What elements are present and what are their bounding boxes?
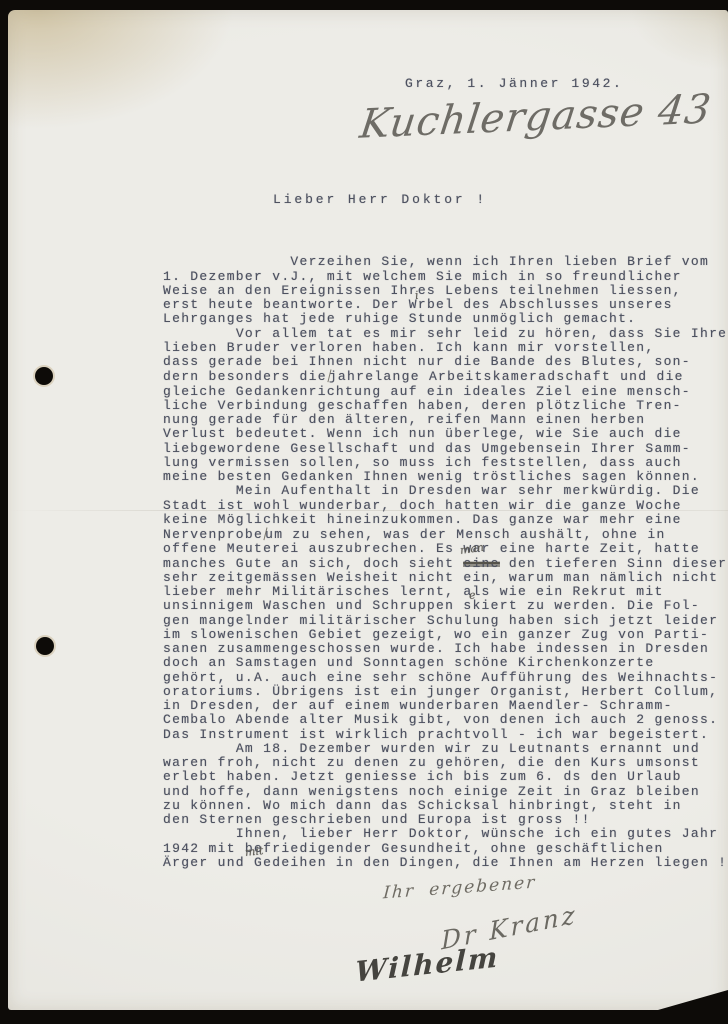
- letter-paper: Graz, 1. Jänner 1942. Kuchlergasse 43 Li…: [8, 10, 728, 1010]
- handwritten-insertion-i: i: [414, 290, 415, 301]
- punch-hole-top: [35, 367, 53, 385]
- handwritten-address: Kuchlergasse 43: [357, 86, 714, 148]
- punch-hole-bottom: [36, 637, 54, 655]
- body-text-segment: Gedeihen in den Dingen, die Ihnen am Her…: [245, 855, 727, 870]
- letter-body: Verzeihen Sie, wenn ich Ihren lieben Bri…: [163, 241, 728, 884]
- scan-background: Graz, 1. Jänner 1942. Kuchlergasse 43 Li…: [0, 0, 728, 1024]
- handwritten-insertion-e: e: [469, 590, 470, 601]
- salutation: Lieber Herr Doktor !: [273, 192, 487, 207]
- body-text-segment: kiert zu werden. Die Fol- gen mangelnder…: [163, 598, 718, 741]
- handwritten-insertion-mit: mit: [244, 847, 245, 858]
- signature-name: Wilhelm: [355, 940, 500, 988]
- body-text-segment: Am 18. Dezember wurden wir zu Leutnants …: [163, 741, 700, 827]
- paper-corner-cut: [658, 990, 728, 1010]
- body-text-segment: jahrelange Arbeitskameradschaft und die …: [163, 369, 700, 484]
- strikethrough-word: eine: [463, 556, 499, 571]
- date-line: Graz, 1. Jänner 1942.: [405, 76, 623, 91]
